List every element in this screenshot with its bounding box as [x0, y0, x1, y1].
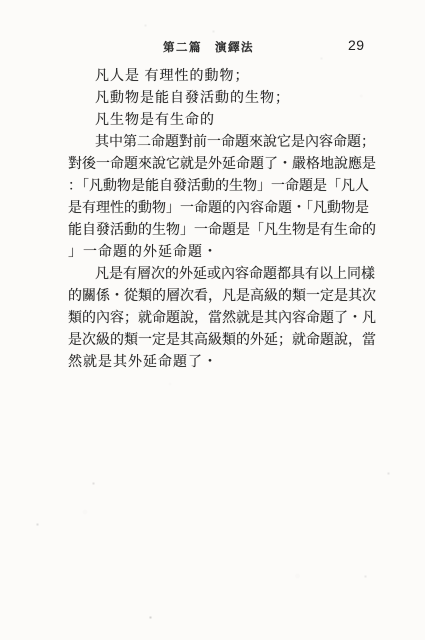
text-line: 類的內容；就命題說，當然就是其內容命題了・凡 [68, 308, 363, 330]
text-line: 凡生物是有生命的 [68, 110, 363, 132]
scanned-book-page: 第二篇 演繹法 29 凡人是 有理性的動物； 凡動物是能自發活動的生物； 凡生物… [0, 0, 425, 640]
text-line: 凡動物是能自發活動的生物； [68, 88, 363, 110]
text-line: 凡人是 有理性的動物； [68, 66, 363, 88]
text-line: 是有理性的動物」一命題的內容命題・「凡動物是 [68, 198, 363, 220]
page-number: 29 [348, 37, 365, 53]
text-line: 」一命題的外延命題・ [68, 242, 363, 264]
running-head-section-title: 第二篇 演繹法 [163, 39, 254, 55]
scan-noise-specks [0, 0, 1, 1]
text-line: 是次級的類一定是其高級類的外延；就命題說，當 [68, 330, 363, 352]
text-line: 其中第二命題對前一命題來說它是內容命題； [68, 132, 363, 154]
text-line: ：「凡動物是能自發活動的生物」一命題是「凡人 [68, 176, 363, 198]
text-line: 凡是有層次的外延或內容命題都具有以上同樣 [68, 264, 363, 286]
body-text: 凡人是 有理性的動物； 凡動物是能自發活動的生物； 凡生物是有生命的 其中第二命… [68, 66, 363, 374]
text-line: 能自發活動的生物」一命題是「凡生物是有生命的 [68, 220, 363, 242]
text-line: 的關係・從類的層次看，凡是高級的類一定是其次 [68, 286, 363, 308]
text-line: 然就是其外延命題了・ [68, 352, 363, 374]
text-line: 對後一命題來說它就是外延命題了・嚴格地說應是 [68, 154, 363, 176]
